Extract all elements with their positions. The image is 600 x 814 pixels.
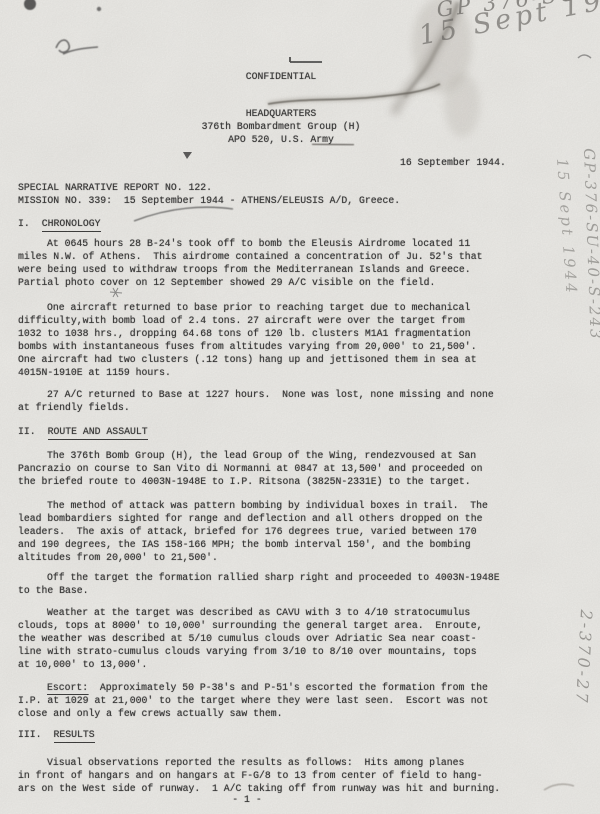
org-apo: APO 520, U.S. Army xyxy=(0,133,562,146)
corner-curl xyxy=(544,784,574,790)
smear-halo xyxy=(268,84,440,104)
mission-line: MISSION NO. 339: 15 September 1944 - ATH… xyxy=(18,194,400,207)
smear-line xyxy=(268,84,440,104)
section-heading-results: III.RESULTS xyxy=(18,728,95,743)
paragraph-weather: Weather at the target was described as C… xyxy=(18,606,482,671)
report-date: 16 September 1944. xyxy=(400,156,506,169)
section-heading-chronology: I.CHRONOLOGY xyxy=(18,217,101,232)
pencil-scribble xyxy=(56,40,98,54)
handwritten-annotation-lower: 2-370-27 xyxy=(575,609,593,705)
section-numeral: III. xyxy=(18,728,42,743)
escort-label: Escort: xyxy=(47,682,88,695)
paragraph-return: 27 A/C returned to Base at 1227 hours. N… xyxy=(18,388,494,414)
org-group: 376th Bombardment Group (H) xyxy=(0,120,562,133)
paragraph-rendezvous: The 376th Bomb Group (H), the lead Group… xyxy=(18,449,482,488)
section-title: CHRONOLOGY xyxy=(42,217,101,232)
section-heading-route-assault: II.ROUTE AND ASSAULT xyxy=(18,425,148,440)
escort-text-tail: at 21,000' to the target where they were… xyxy=(18,695,488,719)
pencil-swoosh xyxy=(134,207,233,221)
triangle-mark xyxy=(183,152,192,159)
tilde-mark xyxy=(578,55,591,58)
ink-dot xyxy=(97,7,101,11)
section-title: RESULTS xyxy=(54,728,95,743)
paragraph-rally: Off the target the formation rallied sha… xyxy=(18,571,500,597)
classification-stamp: CONFIDENTIAL xyxy=(0,70,562,83)
paragraph-results: Visual observations reported the results… xyxy=(18,756,500,795)
page-number: - 1 - xyxy=(0,793,494,806)
paragraph-takeoff: At 0645 hours 28 B-24's took off to bomb… xyxy=(18,237,482,289)
escort-overlined-text: at 1029 xyxy=(47,695,88,706)
dash-mark xyxy=(290,57,322,62)
paragraph-bomb-run: One aircraft returned to base prior to r… xyxy=(18,301,477,379)
ink-blob xyxy=(24,0,36,10)
section-numeral: I. xyxy=(18,217,30,232)
paragraph-escort: Escort: Approximately 50 P-38's and P-51… xyxy=(18,681,488,720)
asterisk-mark xyxy=(110,288,122,297)
handwritten-annotation-margin-1: GP-376-SU-40-S-243 xyxy=(582,148,600,341)
handwritten-annotation-margin-2: 15 Sept 1944 xyxy=(555,158,578,296)
org-headquarters: HEADQUARTERS xyxy=(0,107,562,120)
paragraph-attack-method: The method of attack was pattern bombing… xyxy=(18,499,488,564)
report-title: SPECIAL NARRATIVE REPORT NO. 122. xyxy=(18,181,212,194)
section-title: ROUTE AND ASSAULT xyxy=(48,425,148,440)
section-numeral: II. xyxy=(18,425,36,440)
scanned-report-page: CONFIDENTIAL HEADQUARTERS 376th Bombardm… xyxy=(0,0,600,814)
